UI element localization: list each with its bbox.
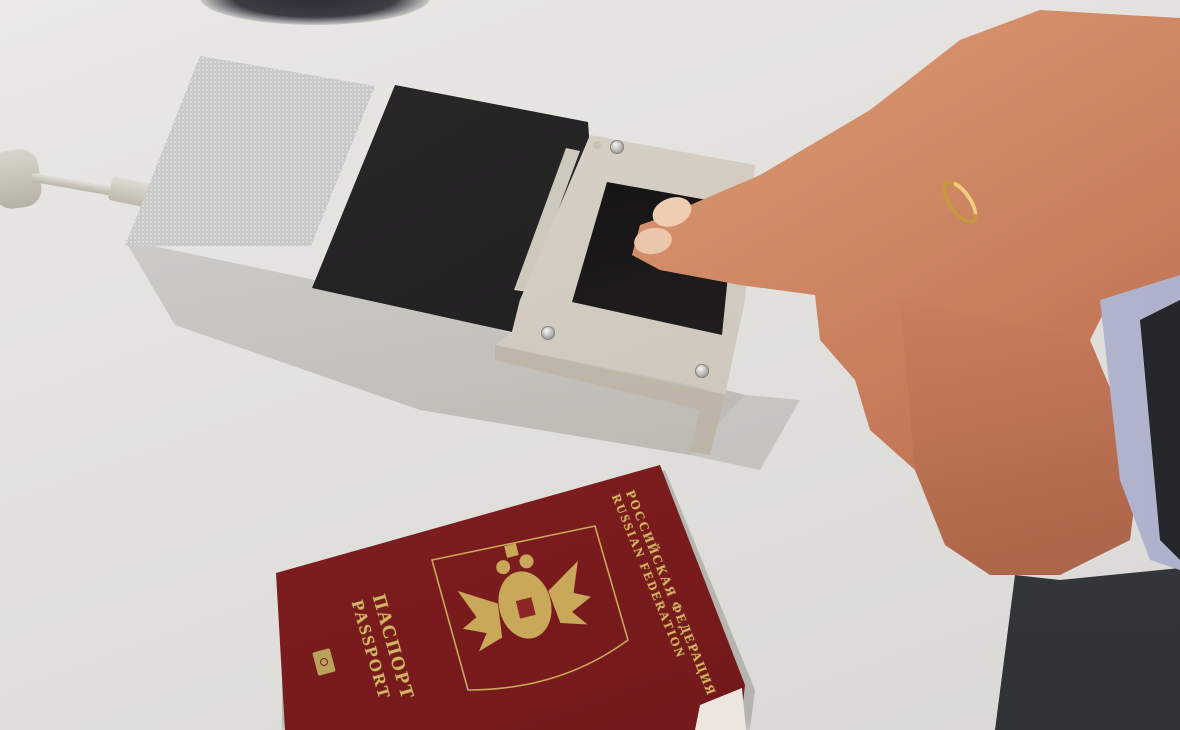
photo-scene: ПАСПОРТ PASSPORT РОССИЙСКАЯ ФЕДЕРАЦИЯ RU… — [0, 0, 1180, 730]
